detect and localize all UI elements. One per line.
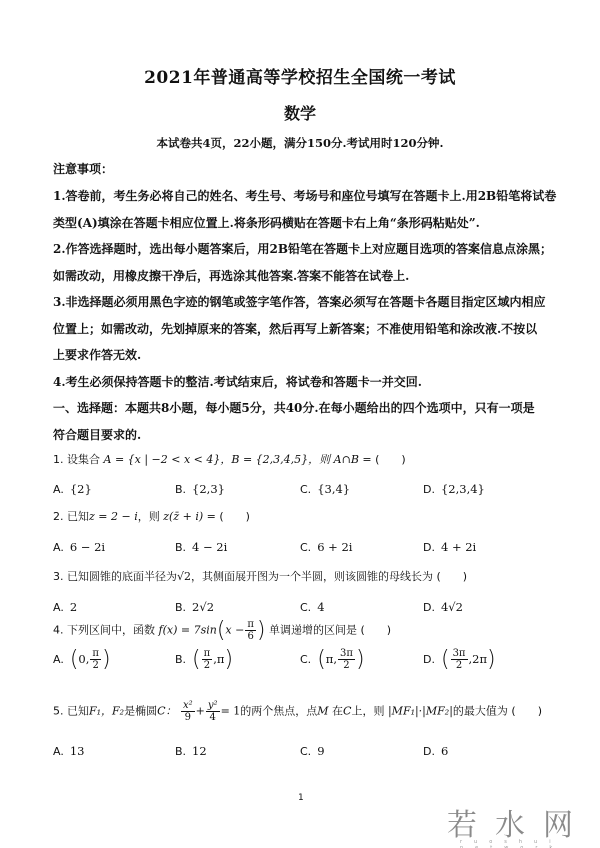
- watermark-subtitle: ruoshui network: [460, 839, 600, 848]
- option-5b: B.12: [175, 744, 207, 758]
- option-3a: A.2: [53, 600, 77, 614]
- question-2: 2. 已知z = 2 − i，则 z(z̄ + i) = ( ): [53, 508, 250, 524]
- option-3d: D.4√2: [423, 600, 463, 614]
- notice-line: 位置上；如需改动，先划掉原来的答案，然后再写上新答案；不准使用铅笔和涂改液.不按…: [53, 320, 550, 337]
- option-5a: A.13: [53, 744, 84, 758]
- option-4b: B.(π2,π): [175, 647, 233, 672]
- question-1: 1. 设集合 A = {x | −2 < x < 4}，B = {2,3,4,5…: [53, 451, 406, 467]
- option-2d: D.4 + 2i: [423, 540, 476, 554]
- watermark-logo: 若水网: [447, 800, 591, 844]
- option-3b: B.2√2: [175, 600, 214, 614]
- exam-title: 2021年普通高等学校招生全国统一考试: [0, 63, 600, 88]
- question-5: 5. 已知F₁，F₂是椭圆C： x²9+y²4= 1的两个焦点，点M 在C上，则…: [53, 700, 542, 723]
- option-5d: D.6: [423, 744, 448, 758]
- section-heading: 一、选择题：本题共8小题，每小题5分，共40分.在每小题给出的四个选项中，只有一…: [53, 399, 550, 416]
- option-4d: D.(3π2,2π): [423, 647, 496, 672]
- option-4a: A.(0,π2): [53, 647, 111, 672]
- question-3: 3. 已知圆锥的底面半径为√2，其侧面展开图为一个半圆，则该圆锥的母线长为 ( …: [53, 568, 467, 584]
- notice-line: 类型(A)填涂在答题卡相应位置上.将条形码横贴在答题卡右上角“条形码粘贴处”.: [53, 214, 550, 231]
- exam-subject: 数学: [0, 101, 600, 124]
- option-1a: A.{2}: [53, 482, 92, 496]
- page-number: 1: [298, 793, 304, 803]
- option-2b: B.4 − 2i: [175, 540, 227, 554]
- notice-line: 上要求作答无效.: [53, 346, 550, 363]
- option-2a: A.6 − 2i: [53, 540, 105, 554]
- notice-heading: 注意事项：: [53, 160, 550, 177]
- exam-page: 2021年普通高等学校招生全国统一考试 数学 本试卷共4页，22小题，满分150…: [0, 0, 600, 848]
- notice-line: 2.作答选择题时，选出每小题答案后，用2B铅笔在答题卡上对应题目选项的答案信息点…: [53, 240, 550, 257]
- option-1c: C.{3,4}: [300, 482, 350, 496]
- notice-line: 如需改动，用橡皮擦干净后，再选涂其他答案.答案不能答在试卷上.: [53, 267, 550, 284]
- option-2c: C.6 + 2i: [300, 540, 352, 554]
- notice-line: 3.非选择题必须用黑色字迹的钢笔或签字笔作答，答案必须写在答题卡各题目指定区域内…: [53, 293, 550, 310]
- option-3c: C.4: [300, 600, 325, 614]
- option-4c: C.(π,3π2): [300, 647, 365, 672]
- option-1b: B.{2,3}: [175, 482, 225, 496]
- question-1-math: A = {x | −2 < x < 4}，B = {2,3,4,5}，则 A∩B…: [104, 453, 372, 466]
- exam-meta: 本试卷共4页，22小题，满分150分.考试用时120分钟.: [0, 135, 600, 151]
- question-4: 4. 下列区间中，函数 f(x) = 7sin(x −π6) 单调递增的区间是 …: [53, 618, 391, 643]
- section-heading: 符合题目要求的.: [53, 426, 550, 443]
- option-5c: C.9: [300, 744, 325, 758]
- notice-line: 4.考生必须保持答题卡的整洁.考试结束后，将试卷和答题卡一并交回.: [53, 373, 550, 390]
- notice-line: 1.答卷前，考生务必将自己的姓名、考生号、考场号和座位号填写在答题卡上.用2B铅…: [53, 187, 550, 204]
- option-1d: D.{2,3,4}: [423, 482, 485, 496]
